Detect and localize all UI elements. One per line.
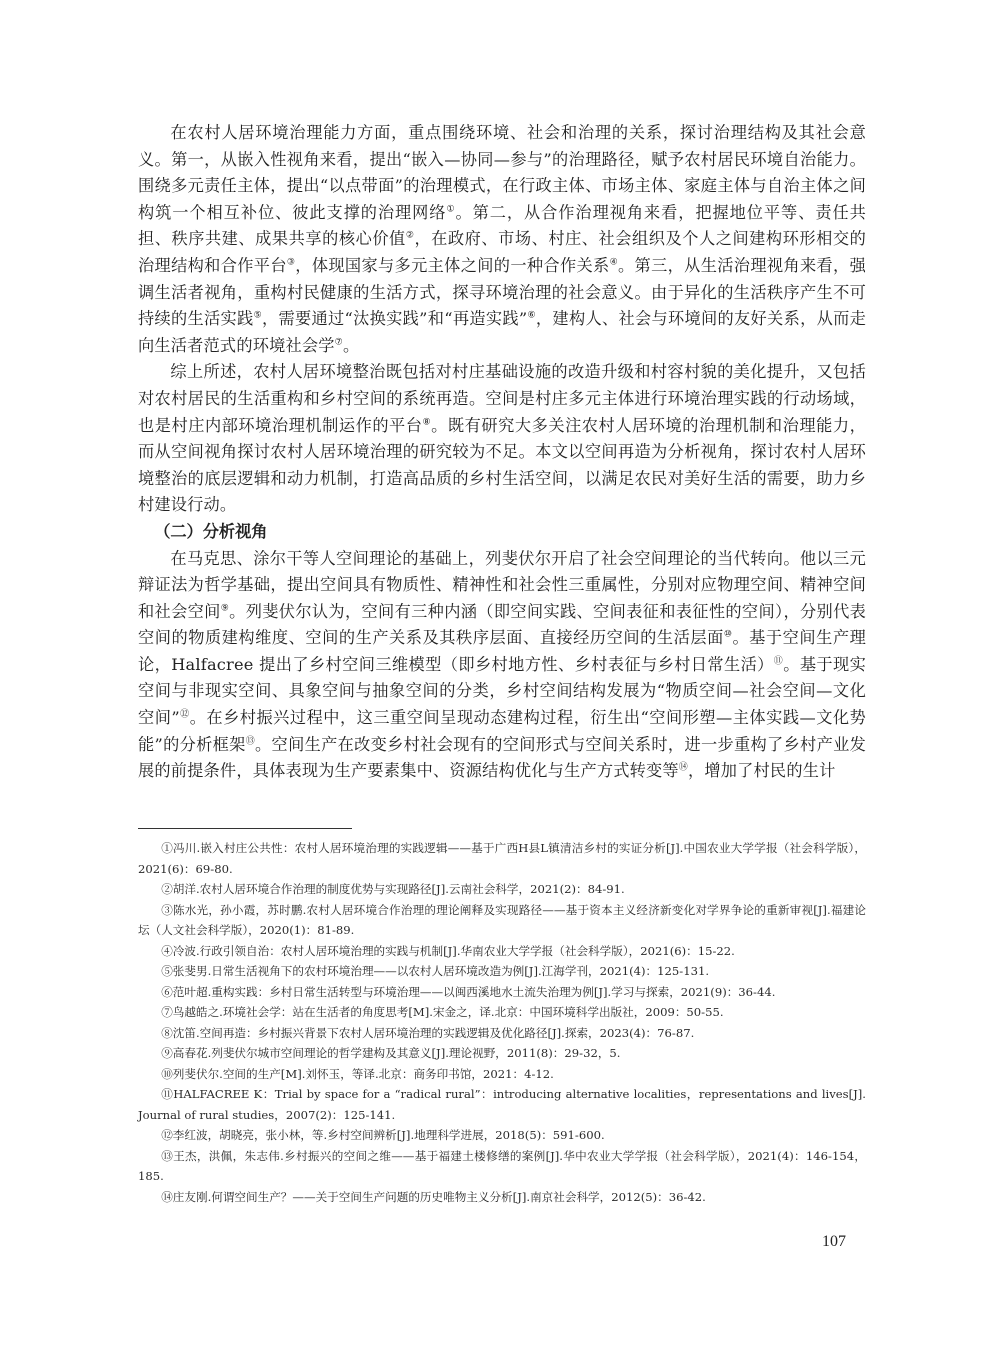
footnote-11: ⑪HALFACREE K：Trial by space for a “radic… — [138, 1084, 866, 1125]
section-heading: （二）分析视角 — [138, 519, 866, 546]
footnote-4: ④冷波.行政引领自治：农村人居环境治理的实践与机制[J].华南农业大学学报（社会… — [138, 941, 866, 962]
footnote-2: ②胡洋.农村人居环境合作治理的制度优势与实现路径[J].云南社会科学，2021(… — [138, 879, 866, 900]
footnote-divider — [138, 828, 352, 829]
footnote-7: ⑦鸟越皓之.环境社会学：站在生活者的角度思考[M].宋金之，译.北京：中国环境科… — [138, 1002, 866, 1023]
footnote-9: ⑨高春花.列斐伏尔城市空间理论的哲学建构及其意义[J].理论视野，2011(8)… — [138, 1043, 866, 1064]
footnote-14: ⑭庄友刚.何谓空间生产？——关于空间生产问题的历史唯物主义分析[J].南京社会科… — [138, 1187, 866, 1208]
footnote-5: ⑤张斐男.日常生活视角下的农村环境治理——以农村人居环境改造为例[J].江海学刊… — [138, 961, 866, 982]
footnote-ref: ⑭ — [679, 763, 688, 773]
paragraph-summary: 综上所述，农村人居环境整治既包括对村庄基础设施的改造升级和村容村貌的美化提升，又… — [138, 359, 866, 519]
footnote-ref: ① — [446, 204, 455, 214]
footnote-8: ⑧沈笛.空间再造：乡村振兴背景下农村人居环境治理的实践逻辑及优化路径[J].探索… — [138, 1023, 866, 1044]
footnote-ref: ⑥ — [527, 311, 536, 321]
footnote-ref: ⑧ — [423, 417, 432, 427]
footnote-ref: ⑬ — [246, 736, 255, 746]
footnote-3: ③陈水光，孙小霞，苏时鹏.农村人居环境合作治理的理论阐释及实现路径——基于资本主… — [138, 900, 866, 941]
footnote-ref: ⑨ — [221, 603, 229, 613]
footnote-ref: ③ — [287, 258, 295, 268]
paragraph-governance-capacity: 在农村人居环境治理能力方面，重点围绕环境、社会和治理的关系，探讨治理结构及其社会… — [138, 120, 866, 359]
footnote-ref: ② — [406, 231, 415, 241]
footnote-10: ⑩列斐伏尔.空间的生产[M].刘怀玉，等译.北京：商务印书馆，2021：4-12… — [138, 1064, 866, 1085]
footnote-ref: ⑫ — [180, 710, 190, 720]
footnote-12: ⑫李红波，胡晓亮，张小林，等.乡村空间辨析[J].地理科学进展，2018(5)：… — [138, 1125, 866, 1146]
footnote-ref: ⑤ — [254, 311, 262, 321]
footnote-1: ①冯川.嵌入村庄公共性：农村人居环境治理的实践逻辑——基于广西H县L镇清洁乡村的… — [138, 838, 866, 879]
footnote-ref: ⑦ — [335, 337, 343, 347]
footnote-ref: ⑪ — [774, 656, 783, 666]
footnote-ref: ④ — [610, 258, 618, 268]
footnote-13: ⑬王杰，洪佩，朱志伟.乡村振兴的空间之维——基于福建土楼修缮的案例[J].华中农… — [138, 1146, 866, 1187]
main-text: 在农村人居环境治理能力方面，重点围绕环境、社会和治理的关系，探讨治理结构及其社会… — [138, 120, 866, 785]
paragraph-analytical-perspective: 在马克思、涂尔干等人空间理论的基础上，列斐伏尔开启了社会空间理论的当代转向。他以… — [138, 546, 866, 785]
footnote-6: ⑥范叶超.重构实践：乡村日常生活转型与环境治理——以闽西溪地水土流失治理为例[J… — [138, 982, 866, 1003]
footnote-ref: ⑩ — [724, 630, 733, 640]
footnotes: ①冯川.嵌入村庄公共性：农村人居环境治理的实践逻辑——基于广西H县L镇清洁乡村的… — [138, 838, 866, 1207]
page-number: 107 — [822, 1233, 846, 1251]
